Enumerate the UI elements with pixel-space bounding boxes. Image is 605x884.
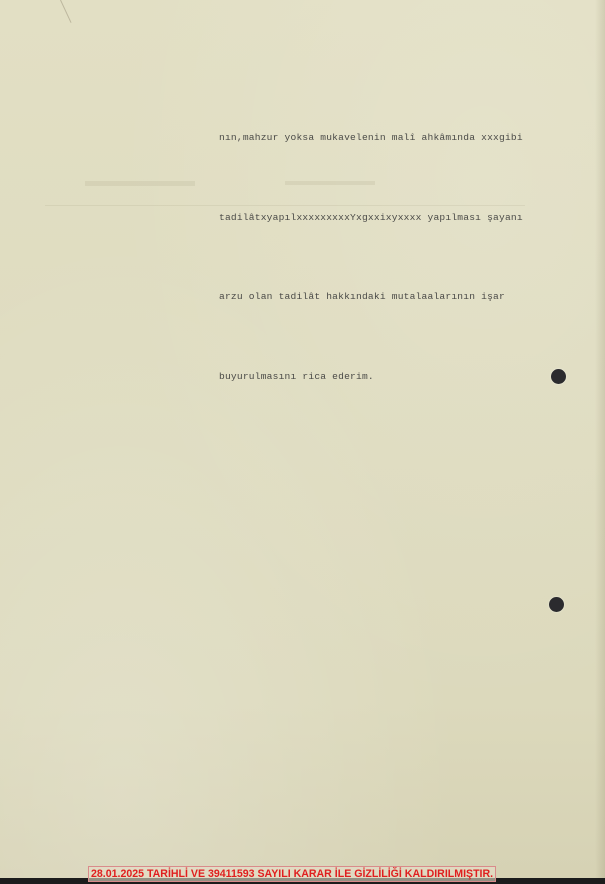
typed-line: buyurulmasını rica ederim. (219, 364, 523, 391)
paper-crease (60, 0, 71, 23)
typewritten-text-block: nın,mahzur yoksa mukavelenin malî ahkâmı… (219, 72, 523, 443)
bleed-through-text (85, 175, 525, 210)
typed-line: nın,mahzur yoksa mukavelenin malî ahkâmı… (219, 125, 523, 152)
page-edge-shadow (595, 0, 605, 878)
punch-hole-icon (551, 369, 566, 384)
typed-line: arzu olan tadilât hakkındaki mutalaaları… (219, 284, 523, 311)
declassification-stamp: 28.01.2025 TARİHLİ VE 39411593 SAYILI KA… (88, 866, 496, 882)
punch-hole-icon (549, 597, 564, 612)
document-page: nın,mahzur yoksa mukavelenin malî ahkâmı… (0, 0, 605, 878)
